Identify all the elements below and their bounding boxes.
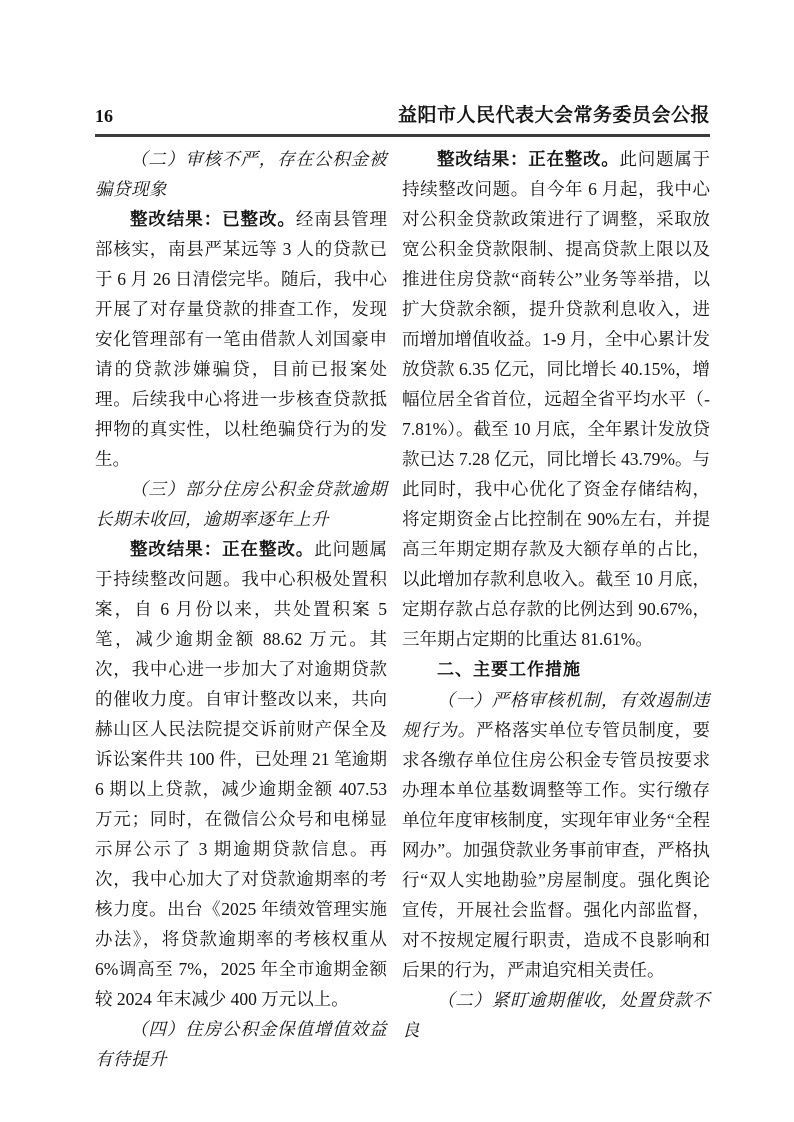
page-number: 16 (95, 104, 113, 128)
text-run-kai: （四）住房公积金保值增值效益有待提升 (95, 1019, 387, 1069)
text-run-normal: 严格落实单位专管员制度，要求各缴存单位住房公积金专管员按要求办理本单位基数调整等… (402, 720, 710, 980)
kai-heading: （二）审核不严，存在公积金被骗贷现象 (95, 144, 387, 204)
right-column: 整改结果：正在整改。此问题属于持续整改问题。自今年 6 月起，我中心对公积金贷款… (402, 144, 710, 1074)
text-run-normal: 此问题属于持续整改问题。自今年 6 月起，我中心对公积金贷款政策进行了调整，采取… (402, 149, 710, 649)
text-run-kai: （二）紧盯逾期催收，处置贷款不良 (402, 990, 710, 1040)
header-rule (95, 134, 710, 137)
text-run-normal: 经南县管理部核实，南县严某远等 3 人的贷款已于 6 月 26 日清偿完毕。随后… (95, 209, 387, 469)
text-run-bold: 整改结果：正在整改。 (130, 539, 314, 559)
text-run-normal: 此问题属于持续整改问题。我中心积极处置积案，自 6 月份以来，共处置积案 5 笔… (95, 539, 387, 1009)
kai-heading: （二）紧盯逾期催收，处置贷款不良 (402, 985, 710, 1045)
text-run-bold: 整改结果：已整改。 (130, 209, 296, 229)
text-run-kai: （三）部分住房公积金贷款逾期长期未收回，逾期率逐年上升 (95, 479, 387, 529)
text-run-kai: （二）审核不严，存在公积金被骗贷现象 (95, 149, 387, 199)
left-column: （二）审核不严，存在公积金被骗贷现象整改结果：已整改。经南县管理部核实，南县严某… (95, 144, 387, 1074)
paragraph: （一）严格审核机制，有效遏制违规行为。严格落实单位专管员制度，要求各缴存单位住房… (402, 685, 710, 985)
paragraph: 整改结果：已整改。经南县管理部核实，南县严某远等 3 人的贷款已于 6 月 26… (95, 204, 387, 474)
kai-heading: （三）部分住房公积金贷款逾期长期未收回，逾期率逐年上升 (95, 474, 387, 534)
document-page: 16 益阳市人民代表大会常务委员会公报 （二）审核不严，存在公积金被骗贷现象整改… (0, 0, 794, 1122)
two-column-text-area: （二）审核不严，存在公积金被骗贷现象整改结果：已整改。经南县管理部核实，南县严某… (95, 144, 710, 1074)
text-run-bold: 整改结果：正在整改。 (437, 149, 620, 169)
paragraph: 整改结果：正在整改。此问题属于持续整改问题。我中心积极处置积案，自 6 月份以来… (95, 534, 387, 1014)
header-title: 益阳市人民代表大会常务委员会公报 (398, 104, 710, 128)
kai-heading: （四）住房公积金保值增值效益有待提升 (95, 1014, 387, 1074)
text-run-bold: 二、主要工作措施 (437, 660, 581, 679)
paragraph: 整改结果：正在整改。此问题属于持续整改问题。自今年 6 月起，我中心对公积金贷款… (402, 144, 710, 654)
bold-heading: 二、主要工作措施 (402, 654, 710, 685)
page-header: 16 益阳市人民代表大会常务委员会公报 (95, 104, 710, 128)
